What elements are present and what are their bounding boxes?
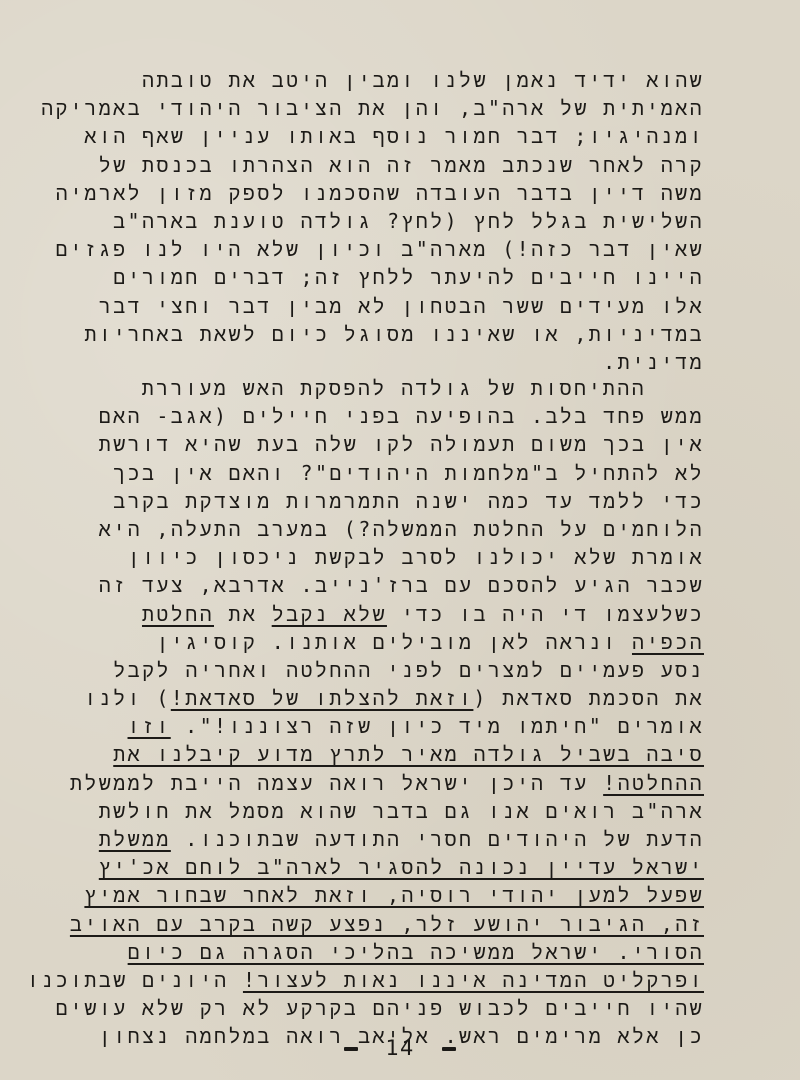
underlined-phrase: וזאת להצלתו של סאדאת! bbox=[171, 686, 474, 710]
text-line: מדינית. bbox=[98, 348, 704, 376]
page-number: 14 bbox=[0, 1036, 800, 1060]
paragraph-1: שהוא ידיד נאמן שלנו ומבין היטב את טובתה … bbox=[98, 66, 704, 376]
underlined-phrase: זה, הגיבור יהושע זלר, נפצע קשה בקרב עם ה… bbox=[70, 912, 704, 936]
text-line: משה דיין בדבר העובדה שהסכמנו לספק מזון ל… bbox=[98, 179, 704, 207]
underlined-phrase: שפעל למען יהודי רוסיה, וזאת לאחר שבחור א… bbox=[84, 883, 704, 907]
underlined-phrase: הסורי. ישראל ממשיכה בהליכי הסגרה גם כיום bbox=[128, 940, 704, 964]
text-line: את הסכמת סאדאת (וזאת להצלתו של סאדאת!) ו… bbox=[98, 684, 704, 712]
text-line: לא להתחיל ב"מלחמות היהודים"? והאם אין בכ… bbox=[98, 459, 704, 487]
text-line: ומנהיגיו; דבר חמור נוסף באותו עניין שאף … bbox=[98, 122, 704, 150]
text-line: האמיתית של ארה"ב, והן את הציבור היהודי ב… bbox=[98, 94, 704, 122]
text-line: שפעל למען יהודי רוסיה, וזאת לאחר שבחור א… bbox=[98, 881, 704, 909]
text-line: אומרת שלא יכולנו לסרב לבקשת ניכסון כיוון bbox=[98, 543, 704, 571]
text-line: קרה לאחר שנכתב מאמר זה הוא הצהרתו בכנסת … bbox=[98, 151, 704, 179]
text-line: אלו מעידים ששר הבטחון לא מבין דבר וחצי ד… bbox=[98, 292, 704, 320]
paragraph-2: ההתיחסות של גולדה להפסקת האש מעוררת ממש … bbox=[98, 374, 704, 1051]
text-line: ההתיחסות של גולדה להפסקת האש מעוררת bbox=[98, 374, 704, 402]
text-line: הסורי. ישראל ממשיכה בהליכי הסגרה גם כיום bbox=[98, 938, 704, 966]
underlined-phrase: ישראל עדיין נכונה להסגיר לארה"ב לוחם אכ'… bbox=[99, 855, 704, 879]
text-line: אין בכך משום תעמולה לקו שלה בעת שהיא דור… bbox=[98, 430, 704, 458]
text-line: ממש פחד בלב. בהופיעה בפני חיילים (אגב- ה… bbox=[98, 402, 704, 430]
text-line: שהיו חייבים לכבוש פניהם בקרקע לא רק שלא … bbox=[98, 994, 704, 1022]
text-line: זה, הגיבור יהושע זלר, נפצע קשה בקרב עם ה… bbox=[98, 910, 704, 938]
text-line: השלישית בגלל לחץ (לחץ? גולדה טוענת בארה"… bbox=[98, 207, 704, 235]
text-line: שאין דבר כזה!) מארה"ב וכיון שלא היו לנו … bbox=[98, 235, 704, 263]
underlined-phrase: ממשלת bbox=[99, 827, 171, 851]
text-line: ארה"ב רואים אנו גם בדבר שהוא מסמל את חול… bbox=[98, 797, 704, 825]
text-line: הדעת של היהודים חסרי התודעה שבתוכנו. ממש… bbox=[98, 825, 704, 853]
text-line: שכבר הגיע להסכם עם ברז'נייב. אדרבא, צעד … bbox=[98, 571, 704, 599]
text-line: כשלעצמו די היה בו כדי שלא נקבל את החלטת bbox=[98, 600, 704, 628]
text-line: אומרים "חיתמו מיד כיון שזה רצוננו!". וזו bbox=[98, 712, 704, 740]
underlined-phrase: החלטת bbox=[142, 602, 214, 626]
text-line: ההחלטה! עד היכן ישראל רואה עצמה הייבת למ… bbox=[98, 769, 704, 797]
underlined-phrase: ופרקליט המדינה איננו נאות לעצור! bbox=[243, 968, 704, 992]
underlined-phrase: ההחלטה! bbox=[603, 771, 704, 795]
text-line: שהוא ידיד נאמן שלנו ומבין היטב את טובתה bbox=[98, 66, 704, 94]
text-line: הכפיה ונראה לאן מובילים אותנו. קוסיגין bbox=[98, 628, 704, 656]
text-line: כדי ללמד עד כמה ישנה התמרמרות מוצדקת בקר… bbox=[98, 487, 704, 515]
text-line: ישראל עדיין נכונה להסגיר לארה"ב לוחם אכ'… bbox=[98, 853, 704, 881]
text-line: סיבה בשביל גולדה מאיר לתרץ מדוע קיבלנו א… bbox=[98, 740, 704, 768]
text-line: במדיניות, או שאיננו מסוגל כיום לשאת באחר… bbox=[98, 320, 704, 348]
dash-icon bbox=[442, 1047, 456, 1051]
dash-icon bbox=[344, 1047, 358, 1051]
text-line: נסע פעמיים למצרים לפני ההחלטה ואחריה לקב… bbox=[98, 656, 704, 684]
document-page: שהוא ידיד נאמן שלנו ומבין היטב את טובתה … bbox=[0, 0, 800, 1080]
underlined-phrase: שלא נקבל bbox=[272, 602, 387, 626]
text-line: היינו חייבים להיעתר ללחץ זה; דברים חמורי… bbox=[98, 263, 704, 291]
underlined-phrase: וזו bbox=[128, 714, 171, 738]
text-line: הלוחמים על החלטת הממשלה?) במערב התעלה, ה… bbox=[98, 515, 704, 543]
underlined-phrase: הכפיה bbox=[632, 630, 704, 654]
underlined-phrase: סיבה בשביל גולדה מאיר לתרץ מדוע קיבלנו א… bbox=[113, 742, 704, 766]
text-line: ופרקליט המדינה איננו נאות לעצור! היונים … bbox=[98, 966, 704, 994]
